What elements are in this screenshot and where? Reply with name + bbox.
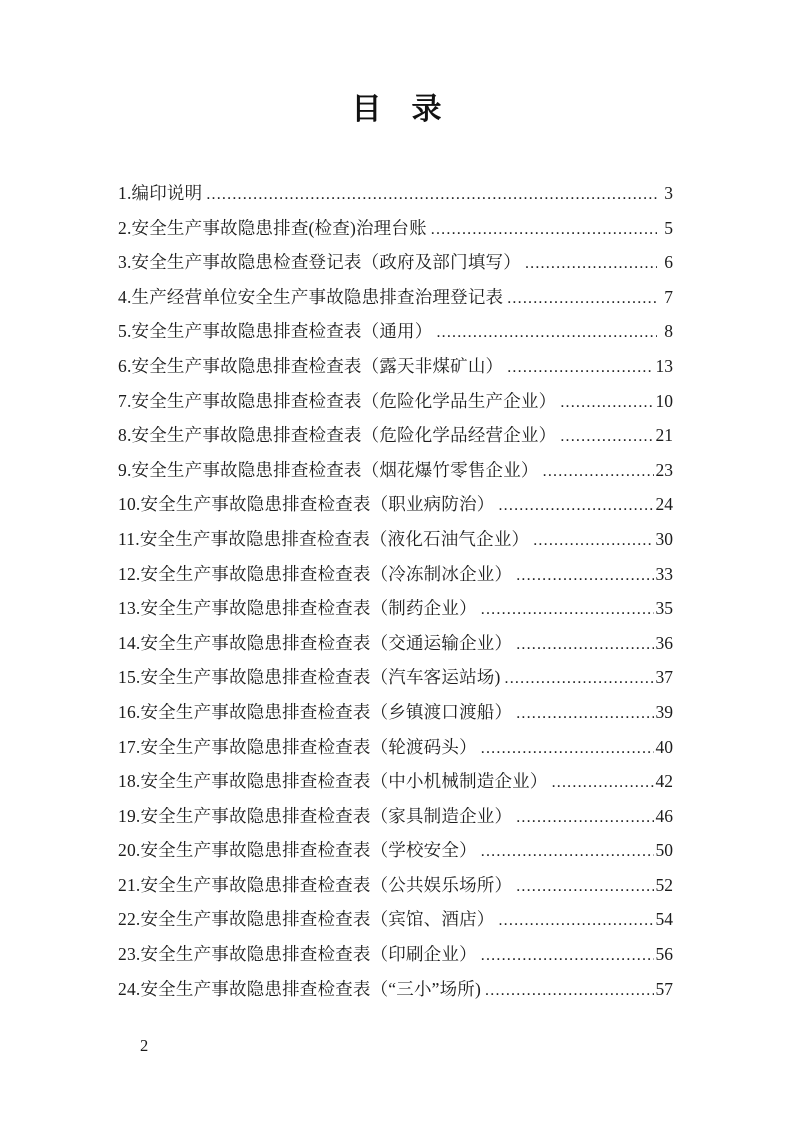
toc-entry-label: 18.安全生产事故隐患排查检查表（中小机械制造企业） (118, 764, 548, 799)
toc-entry-label: 2.安全生产事故隐患排查(检查)治理台账 (118, 211, 427, 246)
toc-leader-dots: ........................................… (481, 732, 654, 767)
toc-leader-dots: ........................................… (507, 282, 657, 317)
toc-entry[interactable]: 3.安全生产事故隐患检查登记表（政府及部门填写） ...............… (118, 245, 673, 280)
toc-entry-page: 33 (656, 557, 674, 592)
toc-leader-dots: ........................................… (481, 593, 654, 628)
toc-entry[interactable]: 21.安全生产事故隐患排查检查表（公共娱乐场所） ...............… (118, 868, 673, 903)
toc-entry-label: 22.安全生产事故隐患排查检查表（宾馆、酒店） (118, 902, 494, 937)
toc-entry-label: 8.安全生产事故隐患排查检查表（危险化学品经营企业） (118, 418, 556, 453)
toc-entry-label: 16.安全生产事故隐患排查检查表（乡镇渡口渡船） (118, 695, 512, 730)
toc-entry-label: 14.安全生产事故隐患排查检查表（交通运输企业） (118, 626, 512, 661)
toc-entry-label: 9.安全生产事故隐患排查检查表（烟花爆竹零售企业） (118, 453, 539, 488)
page-title: 目 录 (0, 92, 793, 128)
toc-entry-page: 36 (656, 626, 674, 661)
toc-entry-page: 13 (656, 349, 674, 384)
toc-leader-dots: ........................................… (516, 870, 653, 905)
toc-entry[interactable]: 8.安全生产事故隐患排查检查表（危险化学品经营企业） .............… (118, 418, 673, 453)
toc-entry[interactable]: 1.编印说明 .................................… (118, 176, 673, 211)
toc-entry[interactable]: 18.安全生产事故隐患排查检查表（中小机械制造企业） .............… (118, 764, 673, 799)
toc-entry-page: 24 (656, 487, 674, 522)
toc-entry[interactable]: 4.生产经营单位安全生产事故隐患排查治理登记表 ................… (118, 280, 673, 315)
toc-entry[interactable]: 16.安全生产事故隐患排查检查表（乡镇渡口渡船） ...............… (118, 695, 673, 730)
toc-entry-label: 11.安全生产事故隐患排查检查表（液化石油气企业） (118, 522, 529, 557)
toc-entry-page: 37 (656, 660, 674, 695)
toc-leader-dots: ........................................… (498, 904, 653, 939)
footer-page-number: 2 (140, 1036, 148, 1056)
toc-leader-dots: ........................................… (206, 178, 657, 213)
toc-entry-label: 20.安全生产事故隐患排查检查表（学校安全） (118, 833, 477, 868)
toc-entry[interactable]: 15.安全生产事故隐患排查检查表（汽车客运站场) ...............… (118, 660, 673, 695)
toc-entry-label: 7.安全生产事故隐患排查检查表（危险化学品生产企业） (118, 384, 556, 419)
toc-leader-dots: ........................................… (516, 628, 653, 663)
toc-entry-page: 7 (659, 280, 673, 315)
toc-entry-label: 17.安全生产事故隐患排查检查表（轮渡码头） (118, 730, 477, 765)
toc-leader-dots: ........................................… (516, 559, 653, 594)
toc-leader-dots: ........................................… (543, 455, 654, 490)
toc-entry[interactable]: 12.安全生产事故隐患排查检查表（冷冻制冰企业） ...............… (118, 557, 673, 592)
toc-entry-page: 10 (656, 384, 674, 419)
toc-leader-dots: ........................................… (481, 939, 654, 974)
toc-entry[interactable]: 5.安全生产事故隐患排查检查表（通用） ....................… (118, 314, 673, 349)
toc-entry[interactable]: 13.安全生产事故隐患排查检查表（制药企业） .................… (118, 591, 673, 626)
toc-entry[interactable]: 24.安全生产事故隐患排查检查表（“三小”场所) ...............… (118, 972, 673, 1007)
toc-entry-page: 5 (659, 211, 673, 246)
toc-entry[interactable]: 22.安全生产事故隐患排查检查表（宾馆、酒店） ................… (118, 902, 673, 937)
toc-leader-dots: ........................................… (552, 766, 654, 801)
toc-entry[interactable]: 11.安全生产事故隐患排查检查表（液化石油气企业） ..............… (118, 522, 673, 557)
toc-entry-page: 8 (659, 314, 673, 349)
toc-entry-page: 21 (656, 418, 674, 453)
toc-entry[interactable]: 2.安全生产事故隐患排查(检查)治理台账 ...................… (118, 211, 673, 246)
toc-entry-label: 6.安全生产事故隐患排查检查表（露天非煤矿山） (118, 349, 503, 384)
toc-leader-dots: ........................................… (485, 974, 653, 1009)
toc-entry-label: 10.安全生产事故隐患排查检查表（职业病防治） (118, 487, 494, 522)
toc-entry-label: 5.安全生产事故隐患排查检查表（通用） (118, 314, 432, 349)
toc-entry-page: 30 (656, 522, 674, 557)
toc-leader-dots: ........................................… (516, 697, 653, 732)
toc-leader-dots: ........................................… (560, 420, 653, 455)
toc-leader-dots: ........................................… (431, 213, 657, 248)
toc-entry-page: 6 (659, 245, 673, 280)
toc-leader-dots: ........................................… (533, 524, 653, 559)
toc-entry[interactable]: 19.安全生产事故隐患排查检查表（家具制造企业） ...............… (118, 799, 673, 834)
toc-entry-label: 4.生产经营单位安全生产事故隐患排查治理登记表 (118, 280, 503, 315)
toc-entry-label: 19.安全生产事故隐患排查检查表（家具制造企业） (118, 799, 512, 834)
toc-entry-page: 39 (656, 695, 674, 730)
toc-entry-page: 46 (656, 799, 674, 834)
toc-leader-dots: ........................................… (436, 316, 657, 351)
toc-leader-dots: ........................................… (560, 386, 653, 421)
toc-entry-page: 42 (656, 764, 674, 799)
toc-entry[interactable]: 9.安全生产事故隐患排查检查表（烟花爆竹零售企业） ..............… (118, 453, 673, 488)
document-page: 目 录 1.编印说明 .............................… (0, 0, 793, 1122)
toc-entry[interactable]: 6.安全生产事故隐患排查检查表（露天非煤矿山） ................… (118, 349, 673, 384)
toc-entry-page: 23 (656, 453, 674, 488)
toc-entry-page: 56 (656, 937, 674, 972)
toc-leader-dots: ........................................… (481, 835, 654, 870)
toc-entry-label: 24.安全生产事故隐患排查检查表（“三小”场所) (118, 972, 481, 1007)
toc-entry-label: 3.安全生产事故隐患检查登记表（政府及部门填写） (118, 245, 521, 280)
toc-entry-page: 3 (659, 176, 673, 211)
toc-entry-page: 54 (656, 902, 674, 937)
toc-leader-dots: ........................................… (498, 489, 653, 524)
toc-entry[interactable]: 14.安全生产事故隐患排查检查表（交通运输企业） ...............… (118, 626, 673, 661)
toc-entry-page: 52 (656, 868, 674, 903)
toc-entry-label: 23.安全生产事故隐患排查检查表（印刷企业） (118, 937, 477, 972)
toc-entry-page: 40 (656, 730, 674, 765)
toc-entry[interactable]: 23.安全生产事故隐患排查检查表（印刷企业） .................… (118, 937, 673, 972)
toc-entry-label: 21.安全生产事故隐患排查检查表（公共娱乐场所） (118, 868, 512, 903)
toc-entry-label: 15.安全生产事故隐患排查检查表（汽车客运站场) (118, 660, 501, 695)
toc-entry[interactable]: 7.安全生产事故隐患排查检查表（危险化学品生产企业） .............… (118, 384, 673, 419)
toc-list: 1.编印说明 .................................… (118, 176, 673, 1006)
toc-entry[interactable]: 17.安全生产事故隐患排查检查表（轮渡码头） .................… (118, 730, 673, 765)
toc-entry-page: 57 (656, 972, 674, 1007)
toc-entry-label: 1.编印说明 (118, 176, 202, 211)
toc-entry-page: 35 (656, 591, 674, 626)
toc-leader-dots: ........................................… (525, 247, 657, 282)
toc-leader-dots: ........................................… (505, 662, 654, 697)
toc-leader-dots: ........................................… (507, 351, 653, 386)
toc-entry-page: 50 (656, 833, 674, 868)
toc-entry-label: 13.安全生产事故隐患排查检查表（制药企业） (118, 591, 477, 626)
toc-entry[interactable]: 10.安全生产事故隐患排查检查表（职业病防治） ................… (118, 487, 673, 522)
toc-leader-dots: ........................................… (516, 801, 653, 836)
toc-entry[interactable]: 20.安全生产事故隐患排查检查表（学校安全） .................… (118, 833, 673, 868)
toc-entry-label: 12.安全生产事故隐患排查检查表（冷冻制冰企业） (118, 557, 512, 592)
